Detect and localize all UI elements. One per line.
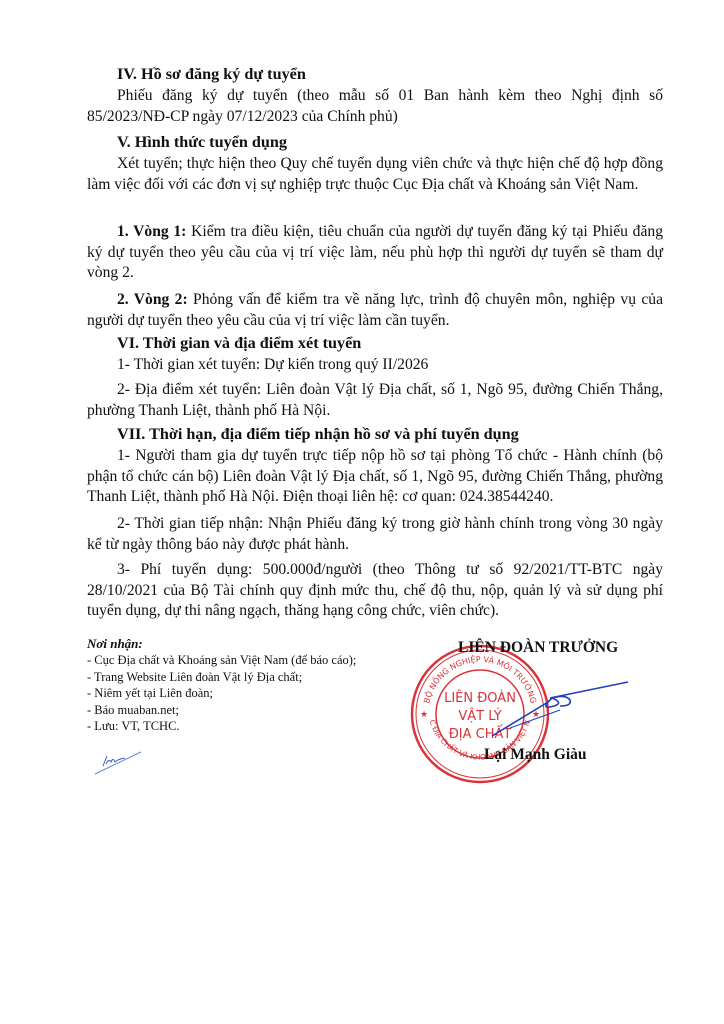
- signer-name: Lại Mạnh Giàu: [484, 746, 587, 764]
- handwritten-signature-icon: [490, 680, 640, 740]
- recipients-title: Nơi nhận:: [87, 636, 356, 652]
- signature-title: LIÊN ĐOÀN TRƯỞNG: [458, 639, 618, 657]
- section-vii-heading: VII. Thời hạn, địa điểm tiếp nhận hồ sơ …: [117, 424, 519, 444]
- recipient-item: - Báo muaban.net;: [87, 702, 356, 718]
- recipient-item: - Trang Website Liên đoàn Vật lý Địa chấ…: [87, 669, 356, 685]
- section-v-round1: 1. Vòng 1: Kiểm tra điều kiện, tiêu chuẩ…: [87, 222, 663, 284]
- section-vii-item1: 1- Người tham gia dự tuyển trực tiếp nộp…: [87, 446, 663, 508]
- section-iv-body: Phiếu đăng ký dự tuyển (theo mẫu số 01 B…: [87, 86, 663, 127]
- section-v-heading: V. Hình thức tuyển dụng: [117, 132, 287, 152]
- section-v-body: Xét tuyển; thực hiện theo Quy chế tuyển …: [87, 154, 663, 195]
- section-vi-item1: 1- Thời gian xét tuyển: Dự kiến trong qu…: [87, 355, 663, 376]
- recipient-item: - Lưu: VT, TCHC.: [87, 718, 356, 734]
- recipients-block: Nơi nhận: - Cục Địa chất và Khoáng sản V…: [87, 636, 356, 734]
- recipient-item: - Cục Địa chất và Khoáng sản Việt Nam (đ…: [87, 652, 356, 668]
- recipient-item: - Niêm yết tại Liên đoàn;: [87, 685, 356, 701]
- svg-text:★: ★: [420, 710, 428, 720]
- section-vii-item3: 3- Phí tuyển dụng: 500.000đ/người (theo …: [87, 560, 663, 622]
- section-vii-item2: 2- Thời gian tiếp nhận: Nhận Phiếu đăng …: [87, 514, 663, 555]
- section-iv-heading: IV. Hồ sơ đăng ký dự tuyển: [117, 64, 306, 84]
- section-vi-item2: 2- Địa điểm xét tuyển: Liên đoàn Vật lý …: [87, 380, 663, 421]
- section-vi-heading: VI. Thời gian và địa điểm xét tuyển: [117, 333, 361, 353]
- initials-signature-icon: [93, 748, 143, 776]
- section-v-round2: 2. Vòng 2: Phỏng vấn để kiểm tra về năng…: [87, 290, 663, 331]
